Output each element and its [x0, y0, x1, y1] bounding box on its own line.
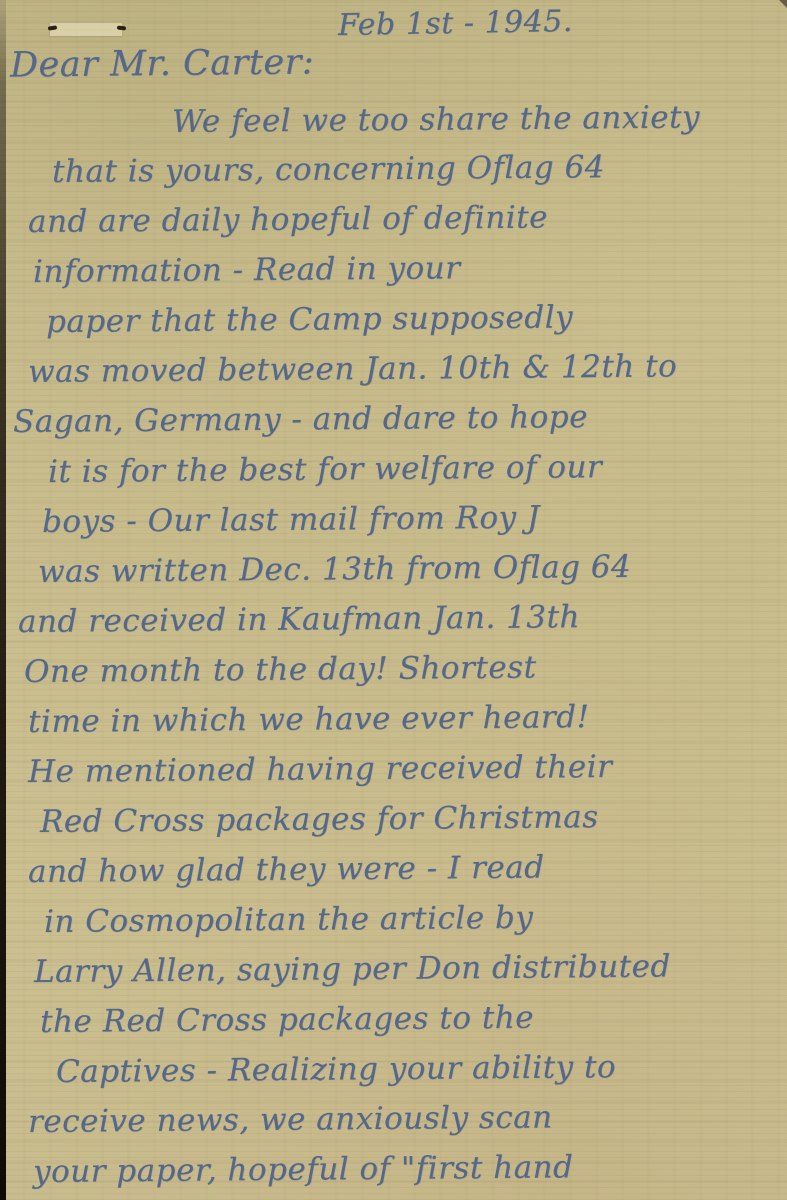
- letter-line: the Red Cross packages to the: [40, 990, 787, 1047]
- letter-line: He mentioned having received their: [28, 740, 787, 797]
- letter-line: paper that the Camp supposedly: [46, 290, 787, 347]
- letter-line: Captives - Realizing your ability to: [56, 1040, 787, 1097]
- letter-line: information - Read in your: [33, 240, 787, 297]
- letter-line: it is for the best for welfare of our: [48, 440, 787, 497]
- letter-line: in Cosmopolitan the article by: [44, 890, 787, 947]
- tape-residue-mark: [50, 23, 122, 36]
- letter-line: We feel we too share the anxiety: [172, 91, 787, 147]
- letter-line: boys - Our last mail from Roy J: [42, 490, 787, 547]
- letter-line: receive news, we anxiously scan: [28, 1090, 787, 1147]
- letter-line: and how glad they were - I read: [28, 840, 787, 897]
- letter-page: { "document_type": "handwritten-letter",…: [0, 0, 787, 1200]
- letter-body: We feel we too share the anxiety that is…: [0, 97, 787, 1197]
- letter-line: was moved between Jan. 10th & 12th to: [28, 340, 787, 397]
- letter-line: your paper, hopeful of "first hand: [33, 1140, 787, 1197]
- letter-line: was written Dec. 13th from Oflag 64: [38, 540, 787, 597]
- letter-line: and are daily hopeful of definite: [28, 190, 787, 247]
- scan-edge-top-right: [779, 0, 787, 8]
- letter-line: Red Cross packages for Christmas: [40, 790, 787, 847]
- letter-line: that is yours, concerning Oflag 64: [52, 140, 787, 197]
- letter-line: One month to the day! Shortest: [24, 640, 787, 697]
- letter-salutation: Dear Mr. Carter:: [10, 42, 315, 85]
- letter-line: Sagan, Germany - and dare to hope: [13, 390, 787, 447]
- letter-date: Feb 1st - 1945.: [338, 4, 573, 43]
- letter-line: time in which we have ever heard!: [28, 690, 787, 747]
- letter-line: and received in Kaufman Jan. 13th: [18, 590, 787, 647]
- letter-line: Larry Allen, saying per Don distributed: [34, 940, 787, 997]
